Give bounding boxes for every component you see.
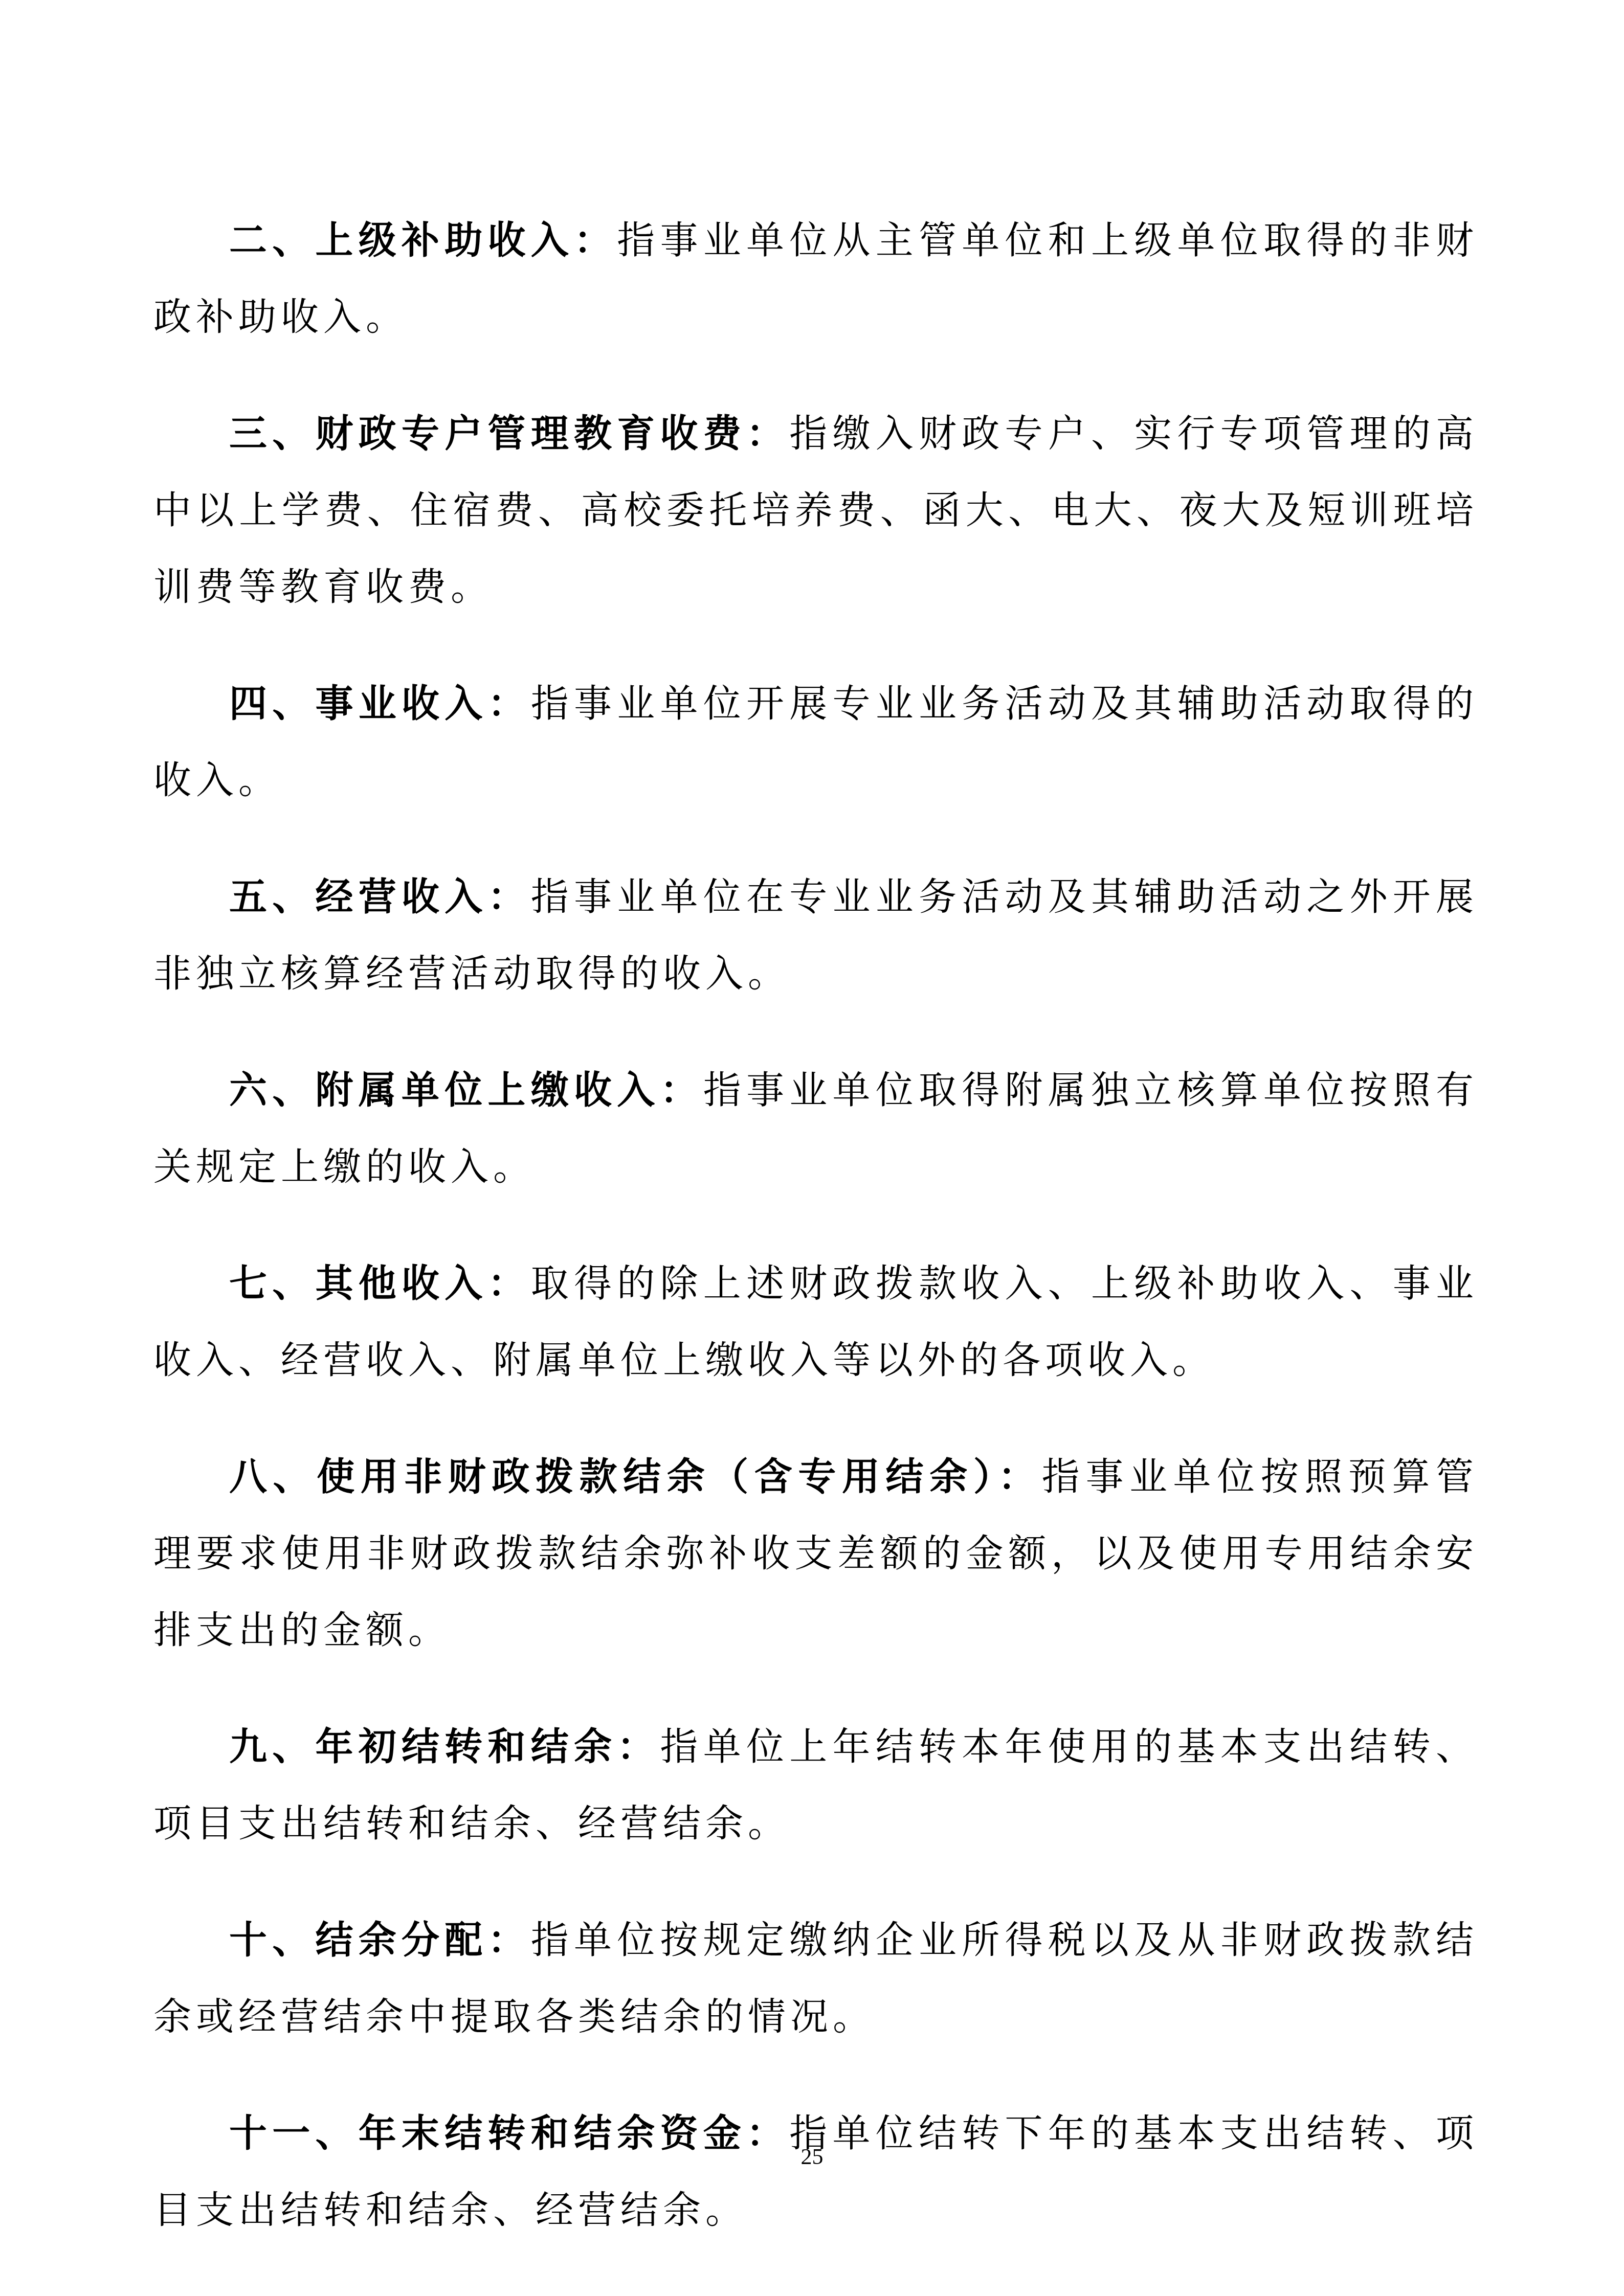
definition-paragraph-5: 五、经营收入：指事业单位在专业业务活动及其辅助活动之外开展非独立核算经营活动取得… xyxy=(153,859,1478,1012)
definition-paragraph-7: 七、其他收入：取得的除上述财政拨款收入、上级补助收入、事业收入、经营收入、附属单… xyxy=(153,1245,1478,1399)
definition-term: 六、附属单位上缴收入： xyxy=(229,1068,703,1112)
definition-term: 七、其他收入： xyxy=(229,1262,531,1305)
definition-term: 九、年初结转和结余： xyxy=(229,1725,660,1769)
definition-term: 十、结余分配： xyxy=(229,1918,531,1962)
definition-paragraph-9: 九、年初结转和结余：指单位上年结转本年使用的基本支出结转、项目支出结转和结余、经… xyxy=(153,1708,1478,1862)
definition-paragraph-10: 十、结余分配：指单位按规定缴纳企业所得税以及从非财政拨款结余或经营结余中提取各类… xyxy=(153,1902,1478,2055)
definition-paragraph-3: 三、财政专户管理教育收费：指缴入财政专户、实行专项管理的高中以上学费、住宿费、高… xyxy=(153,395,1478,625)
definition-paragraph-6: 六、附属单位上缴收入：指事业单位取得附属独立核算单位按照有关规定上缴的收入。 xyxy=(153,1052,1478,1205)
definition-paragraph-8: 八、使用非财政拨款结余（含专用结余）：指事业单位按照预算管理要求使用非财政拨款结… xyxy=(153,1438,1478,1669)
definition-paragraph-4: 四、事业收入：指事业单位开展专业业务活动及其辅助活动取得的收入。 xyxy=(153,665,1478,819)
definition-paragraph-2: 二、上级补助收入：指事业单位从主管单位和上级单位取得的非财政补助收入。 xyxy=(153,202,1478,355)
definition-term: 八、使用非财政拨款结余（含专用结余）： xyxy=(229,1455,1042,1499)
page-number: 25 xyxy=(0,2142,1624,2172)
document-body: 二、上级补助收入：指事业单位从主管单位和上级单位取得的非财政补助收入。 三、财政… xyxy=(153,202,1478,2288)
definition-term: 四、事业收入： xyxy=(229,682,531,726)
definition-term: 二、上级补助收入： xyxy=(229,218,617,262)
definition-term: 五、经营收入： xyxy=(229,875,531,919)
definition-term: 三、财政专户管理教育收费： xyxy=(229,412,789,456)
